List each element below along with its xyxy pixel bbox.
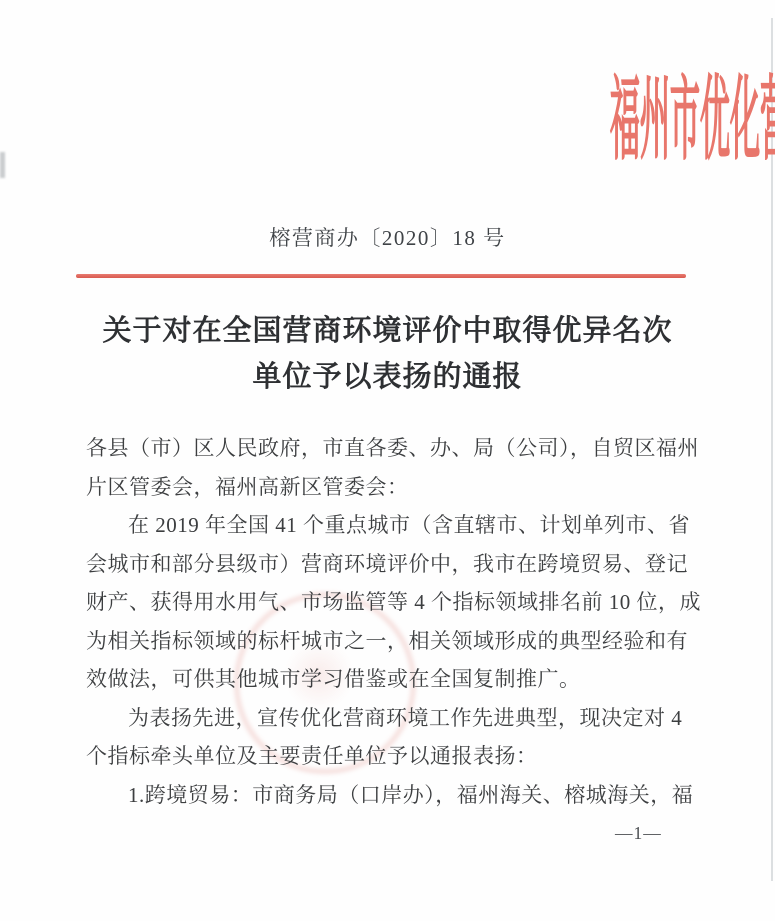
scanned-document-page: 福州市优化营商环境工作领导小组办公室文件 榕营商办〔2020〕18 号 关于对在… bbox=[0, 0, 775, 921]
body-line: 为相关指标领域的标杆城市之一，相关领域形成的典型经验和有 bbox=[86, 622, 704, 661]
body-line: 片区管委会，福州高新区管委会： bbox=[86, 468, 704, 507]
document-number: 榕营商办〔2020〕18 号 bbox=[0, 222, 775, 252]
document-title: 关于对在全国营商环境评价中取得优异名次 单位予以表扬的通报 bbox=[0, 308, 775, 400]
red-header-banner: 福州市优化营商环境工作领导小组办公室文件 bbox=[0, 74, 775, 166]
body-line: 在 2019 年全国 41 个重点城市（含直辖市、计划单列市、省 bbox=[86, 506, 704, 545]
page-number: —1— bbox=[615, 823, 662, 844]
body-line: 会城市和部分县级市）营商环境评价中，我市在跨境贸易、登记 bbox=[86, 545, 704, 584]
body-line: 为表扬先进，宣传优化营商环境工作先进典型，现决定对 4 bbox=[86, 699, 704, 738]
red-divider-rule bbox=[76, 274, 686, 278]
body-line: 效做法，可供其他城市学习借鉴或在全国复制推广。 bbox=[86, 660, 704, 699]
agency-title: 福州市优化营商环境工作领导小组办公室文件 bbox=[610, 74, 775, 166]
document-title-line1: 关于对在全国营商环境评价中取得优异名次 bbox=[0, 308, 775, 354]
body-line: 财产、获得用水用气、市场监管等 4 个指标领域排名前 10 位，成 bbox=[86, 583, 704, 622]
body-line: 1.跨境贸易：市商务局（口岸办），福州海关、榕城海关，福 bbox=[86, 776, 704, 815]
body-line: 个指标牵头单位及主要责任单位予以通报表扬： bbox=[86, 737, 704, 776]
document-title-line2: 单位予以表扬的通报 bbox=[0, 354, 775, 400]
body-line: 各县（市）区人民政府，市直各委、办、局（公司），自贸区福州 bbox=[86, 429, 704, 468]
document-body: 各县（市）区人民政府，市直各委、办、局（公司），自贸区福州 片区管委会，福州高新… bbox=[86, 429, 704, 814]
